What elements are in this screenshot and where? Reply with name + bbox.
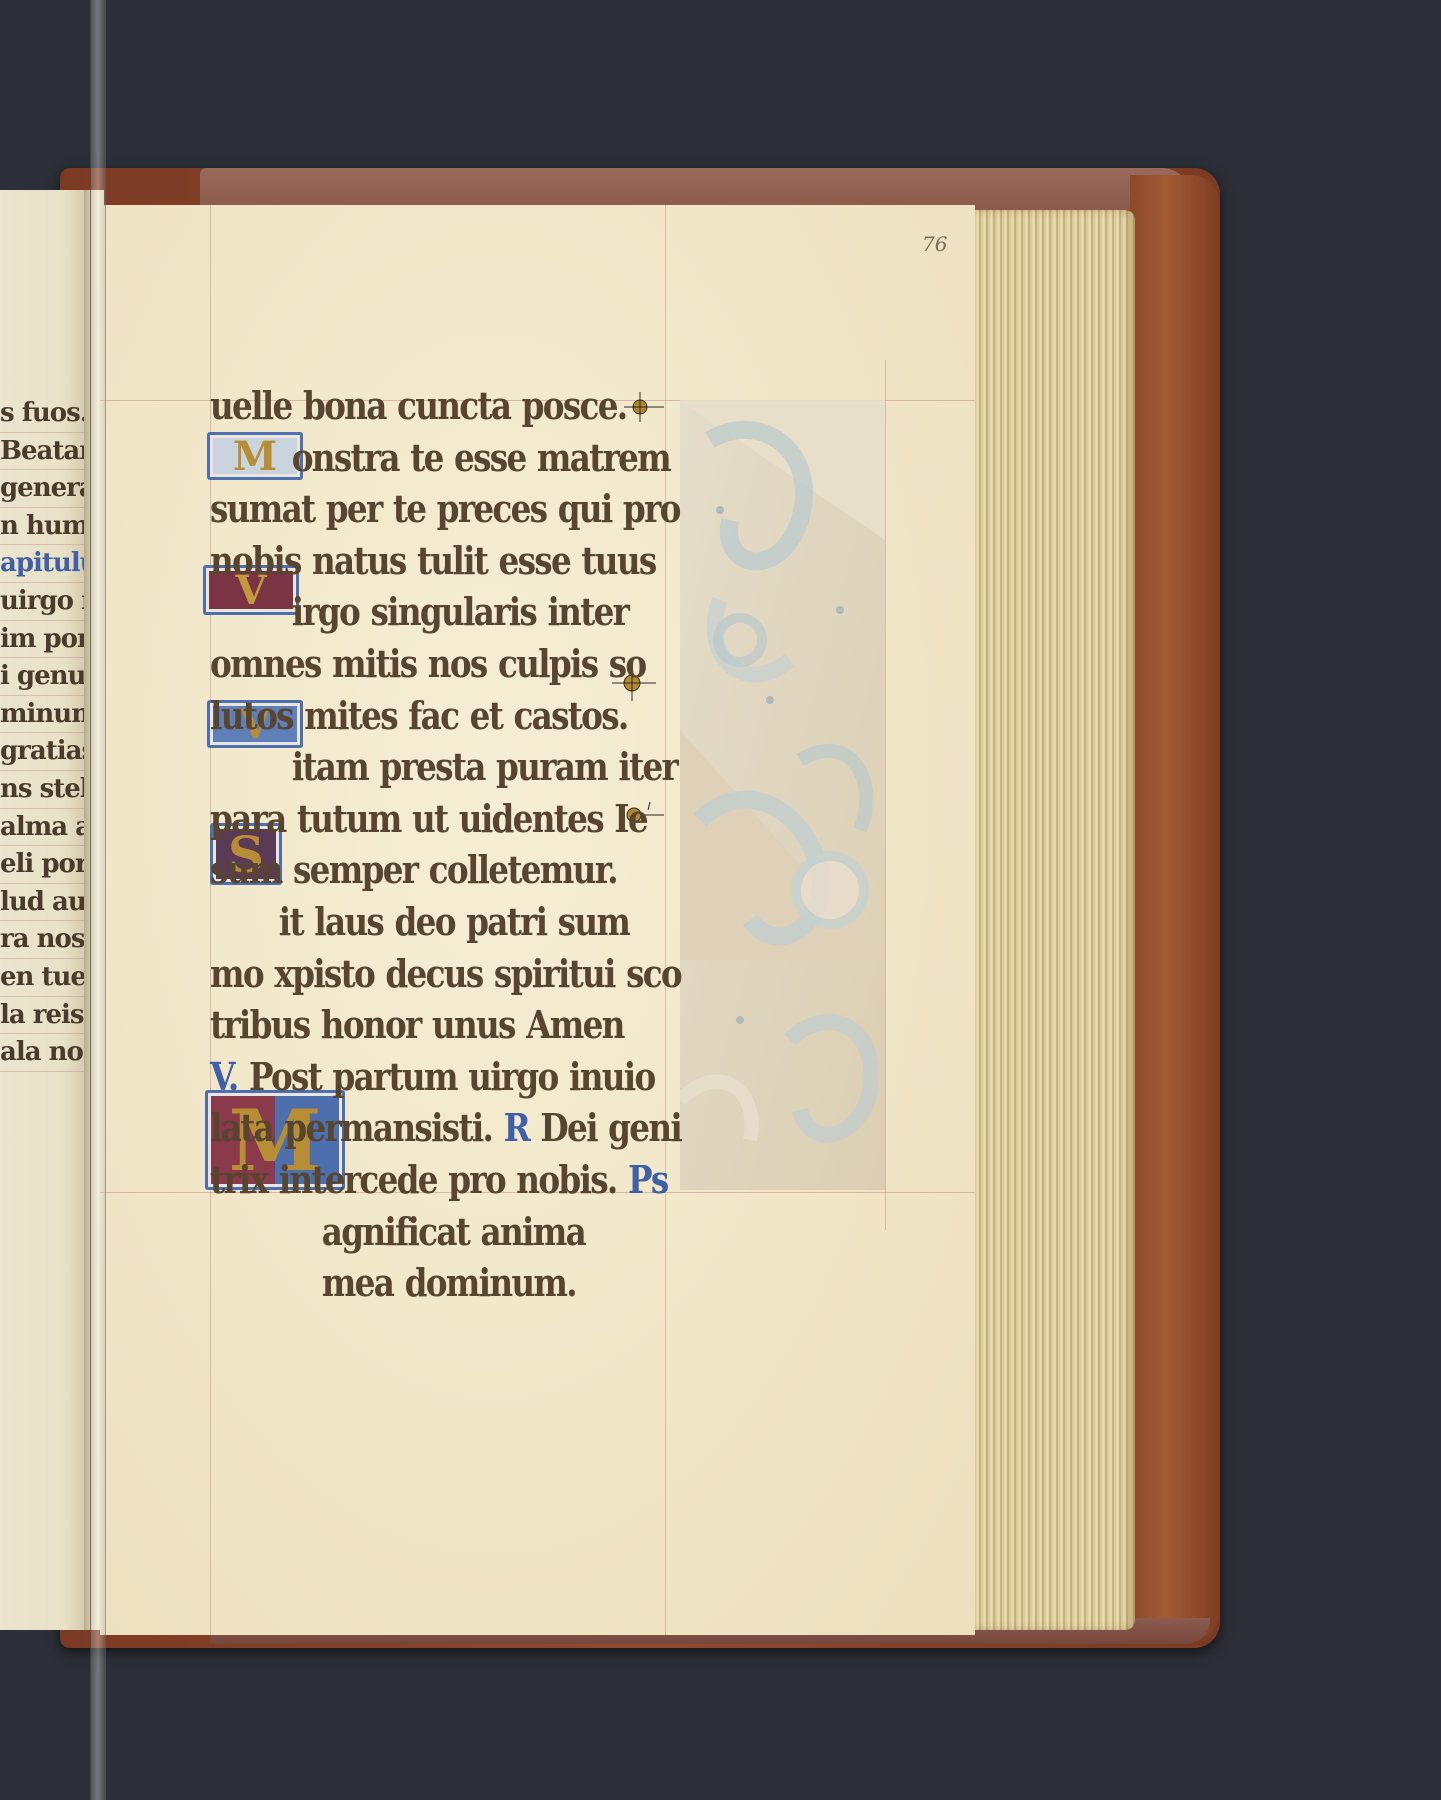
verso-line: alma aro	[0, 809, 86, 847]
verso-line: gratias.	[0, 733, 86, 771]
verso-text-block: s fuos. Beatam me generationes n humilem…	[0, 395, 86, 1072]
text-line: uelle bona cuncta posce.	[210, 378, 610, 430]
page-fore-edge	[975, 210, 1135, 1630]
line-text: trix intercede pro nobis.	[210, 1157, 617, 1202]
response-mark: R	[504, 1105, 529, 1150]
text-line: omnes mitis nos culpis so	[210, 636, 610, 688]
text-line-response: lata permansisti. R Dei geni	[210, 1100, 610, 1152]
text-line: tribus honor unus Amen	[210, 997, 610, 1049]
folio-number: 76	[922, 232, 947, 256]
text-line: sum semper colletemur.	[210, 842, 610, 894]
verso-line: lud aue g	[0, 884, 86, 922]
verso-line: ala nostr	[0, 1034, 86, 1072]
verso-line: ns stella d	[0, 771, 86, 809]
verso-line: n humilem	[0, 508, 86, 546]
text-line: lutos mites fac et castos.	[210, 688, 610, 740]
acanthus-pattern-icon	[680, 400, 885, 1190]
text-line-psalm: trix intercede pro nobis. Ps	[210, 1152, 610, 1204]
binding-right-edge	[1130, 175, 1220, 1640]
verso-line: Beatam me	[0, 433, 86, 471]
text-line: agnificat anima	[210, 1204, 610, 1256]
text-line: mo xpisto decus spiritui sco	[210, 946, 610, 998]
versicle-mark: V.	[210, 1054, 238, 1099]
verso-line: uirgo ma	[0, 583, 86, 621]
binding-top-edge	[200, 168, 1190, 210]
verso-line: generationes	[0, 470, 86, 508]
ruling-line	[885, 360, 886, 1230]
verso-line: ra nos i pa	[0, 921, 86, 959]
recto-text-block: uelle bona cuncta posce. onstra te esse …	[210, 378, 675, 1307]
text-line-versicle: V. Post partum uirgo inuio	[210, 1049, 610, 1101]
text-line: onstra te esse matrem	[210, 430, 610, 482]
verso-line: i genuisti	[0, 658, 86, 696]
text-line: irgo singularis inter	[210, 584, 610, 636]
text-line: sumat per te preces qui pro	[210, 481, 610, 533]
text-line: it laus deo patri sum	[210, 894, 610, 946]
text-line: nobis natus tulit esse tuus	[210, 533, 610, 585]
verso-line: la reis pro	[0, 997, 86, 1035]
page-holder-strip	[90, 0, 106, 1800]
verso-line: minum pro	[0, 696, 86, 734]
text-line: mea dominum.	[210, 1255, 610, 1307]
line-text: lata permansisti.	[210, 1105, 492, 1150]
decorative-border-panel	[680, 400, 885, 1190]
verso-line: im portalis	[0, 621, 86, 659]
versicle-text: Post partum uirgo inuio	[249, 1054, 655, 1099]
verso-line: s fuos.	[0, 395, 86, 433]
verso-line: eli porta.	[0, 846, 86, 884]
text-line: itam presta puram iter	[210, 739, 610, 791]
psalm-mark: Ps	[628, 1157, 668, 1202]
text-line: para tutum ut uidentes Ie	[210, 791, 610, 843]
response-text: Dei geni	[540, 1105, 681, 1150]
verso-line: en tue.	[0, 959, 86, 997]
verso-line: apitulum.	[0, 545, 86, 583]
